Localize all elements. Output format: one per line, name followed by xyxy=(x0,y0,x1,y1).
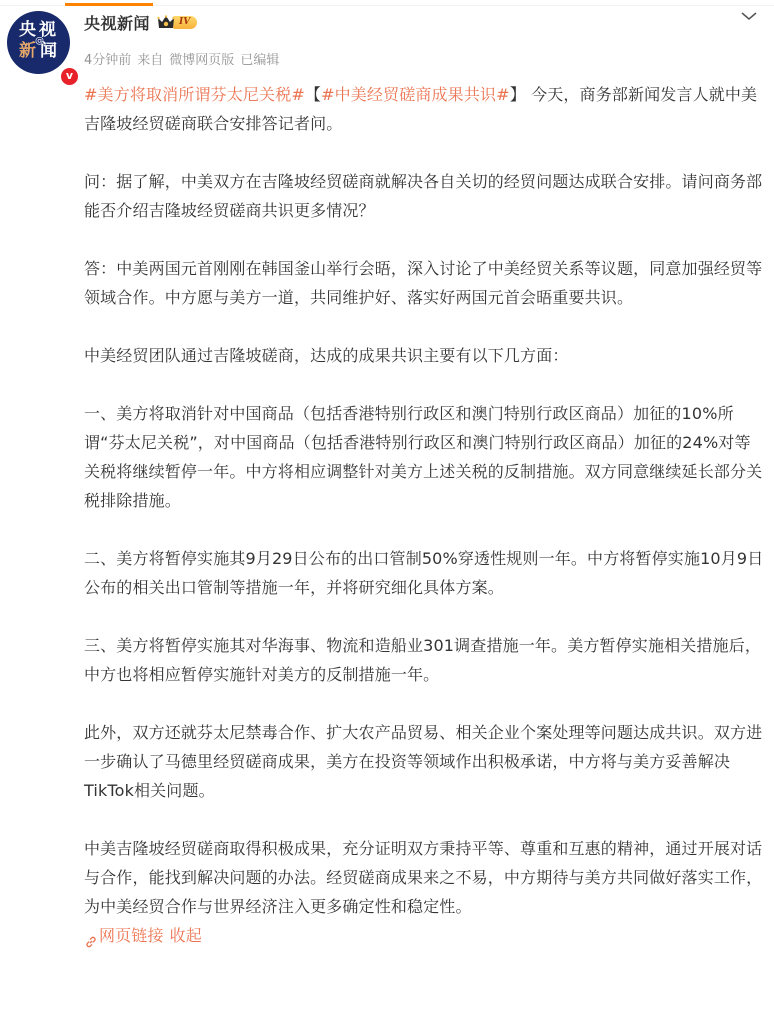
level-label: IV xyxy=(173,16,197,29)
post-body: #美方将取消所谓芬太尼关税#【#中美经贸磋商成果共识#】 今天，商务部新闻发言人… xyxy=(84,80,764,950)
link-icon xyxy=(84,929,98,943)
hashtag-link[interactable]: #美方将取消所谓芬太尼关税# xyxy=(84,85,305,104)
avatar-char: 新 xyxy=(19,42,36,60)
post-meta: 4分钟前 来自 微博网页版 已编辑 xyxy=(84,49,279,68)
weibo-post: 央 视 @ 新 闻 v 央视新闻 IV xyxy=(0,0,774,1014)
edited-label[interactable]: 已编辑 xyxy=(240,49,279,68)
avatar-char: 闻 xyxy=(40,42,57,60)
web-link-label: 网页链接 xyxy=(99,921,164,950)
post-menu-chevron-icon[interactable] xyxy=(740,7,758,19)
source-prefix: 来自 xyxy=(137,49,163,68)
avatar[interactable]: 央 视 @ 新 闻 v xyxy=(7,11,70,74)
post-links: 网页链接 收起 xyxy=(84,921,764,950)
paragraph-point-2: 二、美方将暂停实施其9月29日公布的出口管制50%穿透性规则一年。中方将暂停实施… xyxy=(84,544,764,602)
paragraph-answer: 答：中美两国元首刚刚在韩国釜山举行会晤，深入讨论了中美经贸关系等议题，同意加强经… xyxy=(84,254,764,312)
collapse-button[interactable]: 收起 xyxy=(170,921,202,950)
author-name[interactable]: 央视新闻 xyxy=(84,11,150,34)
paragraph-point-3: 三、美方将暂停实施其对华海事、物流和造船业301调查措施一年。美方暂停实施相关措… xyxy=(84,631,764,689)
paragraph-additional: 此外，双方还就芬太尼禁毒合作、扩大农产品贸易、相关企业个案处理等问题达成共识。双… xyxy=(84,718,764,805)
bracket-close: 】 xyxy=(510,85,526,104)
crown-icon xyxy=(157,15,175,29)
post-intro: #美方将取消所谓芬太尼关税#【#中美经贸磋商成果共识#】 今天，商务部新闻发言人… xyxy=(84,80,764,138)
avatar-char: 央 xyxy=(19,21,36,39)
member-level-badge[interactable]: IV xyxy=(157,15,197,29)
web-link[interactable]: 网页链接 xyxy=(84,921,164,950)
hashtag-link[interactable]: #中美经贸磋商成果共识# xyxy=(321,85,510,104)
verified-icon: v xyxy=(60,67,79,86)
paragraph-question: 问：据了解，中美双方在吉隆坡经贸磋商就解决各自关切的经贸问题达成联合安排。请问商… xyxy=(84,167,764,225)
author-row: 央视新闻 IV xyxy=(84,10,197,34)
post-source: 微博网页版 xyxy=(169,49,234,68)
paragraph-summary: 中美经贸团队通过吉隆坡磋商，达成的成果共识主要有以下几方面： xyxy=(84,341,764,370)
post-header: 央 视 @ 新 闻 v 央视新闻 IV xyxy=(0,0,774,78)
paragraph-conclusion: 中美吉隆坡经贸磋商取得积极成果，充分证明双方秉持平等、尊重和互惠的精神，通过开展… xyxy=(84,834,764,921)
post-time[interactable]: 4分钟前 xyxy=(84,49,131,68)
bracket-open: 【 xyxy=(305,85,321,104)
paragraph-point-1: 一、美方将取消针对中国商品（包括香港特别行政区和澳门特别行政区商品）加征的10%… xyxy=(84,399,764,515)
